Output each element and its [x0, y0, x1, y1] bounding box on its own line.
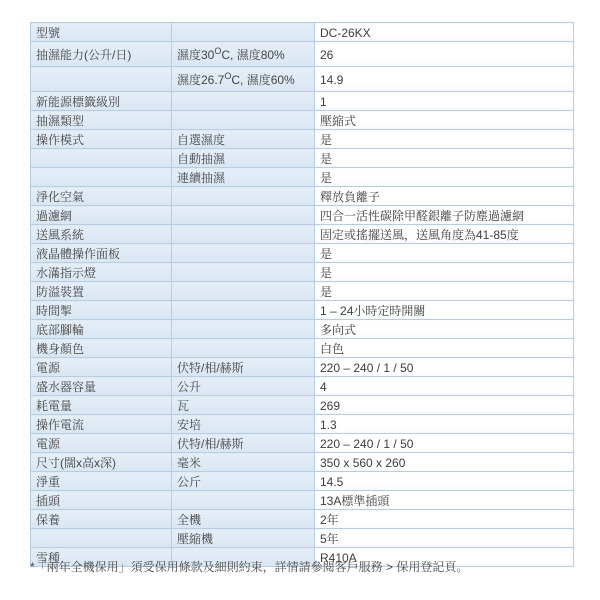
- warranty-footnote: *「兩年全機保用」須受保用條款及細則約束，詳情請參閱客戶服務 > 保用登記頁。: [30, 559, 590, 575]
- table-row: 過濾網四合一活性碳除甲醛銀離子防塵過濾網: [31, 206, 574, 225]
- table-row: 連續抽濕是: [31, 168, 574, 187]
- spec-value-cell: 是: [315, 263, 574, 282]
- table-row: 濕度26.7OC, 濕度60%14.9: [31, 67, 574, 92]
- spec-label-cell: 型號: [31, 23, 172, 42]
- table-row: 送風系統固定或搖擺送風，送風角度為41-85度: [31, 225, 574, 244]
- table-row: 淨重公斤14.5: [31, 472, 574, 491]
- spec-table-body: 型號DC-26KX抽濕能力(公升/日)濕度30OC, 濕度80%26濕度26.7…: [31, 23, 574, 567]
- spec-value-cell: 是: [315, 244, 574, 263]
- table-row: 底部腳輪多向式: [31, 320, 574, 339]
- spec-label-cell: 淨化空氣: [31, 187, 172, 206]
- spec-sub-cell: [172, 491, 315, 510]
- table-row: 防溢裝置是: [31, 282, 574, 301]
- spec-value-cell: 1: [315, 92, 574, 111]
- spec-sub-cell: 瓦: [172, 396, 315, 415]
- table-row: 抽濕能力(公升/日)濕度30OC, 濕度80%26: [31, 42, 574, 67]
- spec-label-cell: [31, 529, 172, 548]
- spec-sub-cell: 公升: [172, 377, 315, 396]
- spec-label-cell: 盛水器容量: [31, 377, 172, 396]
- spec-value-cell: 14.9: [315, 67, 574, 92]
- spec-label-cell: 時間掣: [31, 301, 172, 320]
- table-row: 抽濕類型壓縮式: [31, 111, 574, 130]
- table-row: 機身顏色白色: [31, 339, 574, 358]
- spec-sub-cell: [172, 263, 315, 282]
- spec-label-cell: 防溢裝置: [31, 282, 172, 301]
- spec-sub-cell: [172, 206, 315, 225]
- spec-value-cell: 269: [315, 396, 574, 415]
- spec-sub-cell: 毫米: [172, 453, 315, 472]
- table-row: 電源伏特/相/赫斯220 – 240 / 1 / 50: [31, 358, 574, 377]
- spec-value-cell: 220 – 240 / 1 / 50: [315, 434, 574, 453]
- spec-label-cell: 操作電流: [31, 415, 172, 434]
- spec-sub-cell: [172, 187, 315, 206]
- spec-value-cell: 多向式: [315, 320, 574, 339]
- table-row: 型號DC-26KX: [31, 23, 574, 42]
- spec-value-cell: 釋放負離子: [315, 187, 574, 206]
- table-row: 操作模式自選濕度是: [31, 130, 574, 149]
- spec-sub-cell: 自動抽濕: [172, 149, 315, 168]
- spec-sub-cell: [172, 92, 315, 111]
- spec-value-cell: 220 – 240 / 1 / 50: [315, 358, 574, 377]
- table-row: 時間掣1 – 24小時定時開關: [31, 301, 574, 320]
- spec-label-cell: 底部腳輪: [31, 320, 172, 339]
- spec-value-cell: 是: [315, 130, 574, 149]
- table-row: 電源伏特/相/赫斯220 – 240 / 1 / 50: [31, 434, 574, 453]
- table-row: 操作電流安培1.3: [31, 415, 574, 434]
- spec-label-cell: [31, 168, 172, 187]
- table-row: 盛水器容量公升4: [31, 377, 574, 396]
- table-row: 耗電量瓦269: [31, 396, 574, 415]
- spec-label-cell: 耗電量: [31, 396, 172, 415]
- spec-label-cell: 液晶體操作面板: [31, 244, 172, 263]
- spec-sub-cell: [172, 320, 315, 339]
- spec-sub-cell: [172, 111, 315, 130]
- table-row: 水滿指示燈是: [31, 263, 574, 282]
- spec-label-cell: 新能源標籤級別: [31, 92, 172, 111]
- spec-label-cell: 抽濕類型: [31, 111, 172, 130]
- spec-label-cell: 電源: [31, 358, 172, 377]
- spec-label-cell: 機身顏色: [31, 339, 172, 358]
- spec-sub-cell: 壓縮機: [172, 529, 315, 548]
- table-row: 淨化空氣釋放負離子: [31, 187, 574, 206]
- table-row: 保養全機2年: [31, 510, 574, 529]
- spec-value-cell: 2年: [315, 510, 574, 529]
- spec-value-cell: 壓縮式: [315, 111, 574, 130]
- spec-label-cell: 操作模式: [31, 130, 172, 149]
- table-row: 插頭13A標準插頭: [31, 491, 574, 510]
- spec-value-cell: 白色: [315, 339, 574, 358]
- spec-sub-cell: 濕度26.7OC, 濕度60%: [172, 67, 315, 92]
- spec-label-cell: [31, 149, 172, 168]
- spec-sub-cell: 連續抽濕: [172, 168, 315, 187]
- spec-value-cell: 是: [315, 149, 574, 168]
- spec-label-cell: 過濾網: [31, 206, 172, 225]
- table-row: 尺寸(闊x高x深)毫米350 x 560 x 260: [31, 453, 574, 472]
- spec-sub-cell: 全機: [172, 510, 315, 529]
- spec-sub-cell: 伏特/相/赫斯: [172, 434, 315, 453]
- spec-value-cell: 26: [315, 42, 574, 67]
- spec-sub-cell: [172, 282, 315, 301]
- spec-label-cell: 水滿指示燈: [31, 263, 172, 282]
- product-spec-page: 型號DC-26KX抽濕能力(公升/日)濕度30OC, 濕度80%26濕度26.7…: [0, 0, 600, 600]
- spec-sub-cell: 公斤: [172, 472, 315, 491]
- spec-value-cell: 4: [315, 377, 574, 396]
- spec-label-cell: 送風系統: [31, 225, 172, 244]
- spec-value-cell: 1.3: [315, 415, 574, 434]
- spec-sub-cell: 濕度30OC, 濕度80%: [172, 42, 315, 67]
- table-row: 自動抽濕是: [31, 149, 574, 168]
- spec-value-cell: 5年: [315, 529, 574, 548]
- spec-label-cell: 尺寸(闊x高x深): [31, 453, 172, 472]
- spec-value-cell: 是: [315, 282, 574, 301]
- spec-sub-cell: [172, 244, 315, 263]
- spec-sub-cell: [172, 339, 315, 358]
- spec-sub-cell: [172, 23, 315, 42]
- product-spec-table: 型號DC-26KX抽濕能力(公升/日)濕度30OC, 濕度80%26濕度26.7…: [30, 22, 574, 567]
- spec-value-cell: 14.5: [315, 472, 574, 491]
- spec-value-cell: 350 x 560 x 260: [315, 453, 574, 472]
- table-row: 壓縮機5年: [31, 529, 574, 548]
- spec-sub-cell: 自選濕度: [172, 130, 315, 149]
- spec-value-cell: 1 – 24小時定時開關: [315, 301, 574, 320]
- table-row: 新能源標籤級別1: [31, 92, 574, 111]
- spec-label-cell: 電源: [31, 434, 172, 453]
- table-row: 液晶體操作面板是: [31, 244, 574, 263]
- spec-label-cell: 抽濕能力(公升/日): [31, 42, 172, 67]
- spec-value-cell: 四合一活性碳除甲醛銀離子防塵過濾網: [315, 206, 574, 225]
- spec-label-cell: 插頭: [31, 491, 172, 510]
- spec-value-cell: DC-26KX: [315, 23, 574, 42]
- spec-sub-cell: [172, 225, 315, 244]
- spec-label-cell: [31, 67, 172, 92]
- spec-value-cell: 是: [315, 168, 574, 187]
- spec-sub-cell: [172, 301, 315, 320]
- spec-sub-cell: 伏特/相/赫斯: [172, 358, 315, 377]
- spec-value-cell: 固定或搖擺送風，送風角度為41-85度: [315, 225, 574, 244]
- spec-sub-cell: 安培: [172, 415, 315, 434]
- spec-label-cell: 淨重: [31, 472, 172, 491]
- spec-value-cell: 13A標準插頭: [315, 491, 574, 510]
- spec-label-cell: 保養: [31, 510, 172, 529]
